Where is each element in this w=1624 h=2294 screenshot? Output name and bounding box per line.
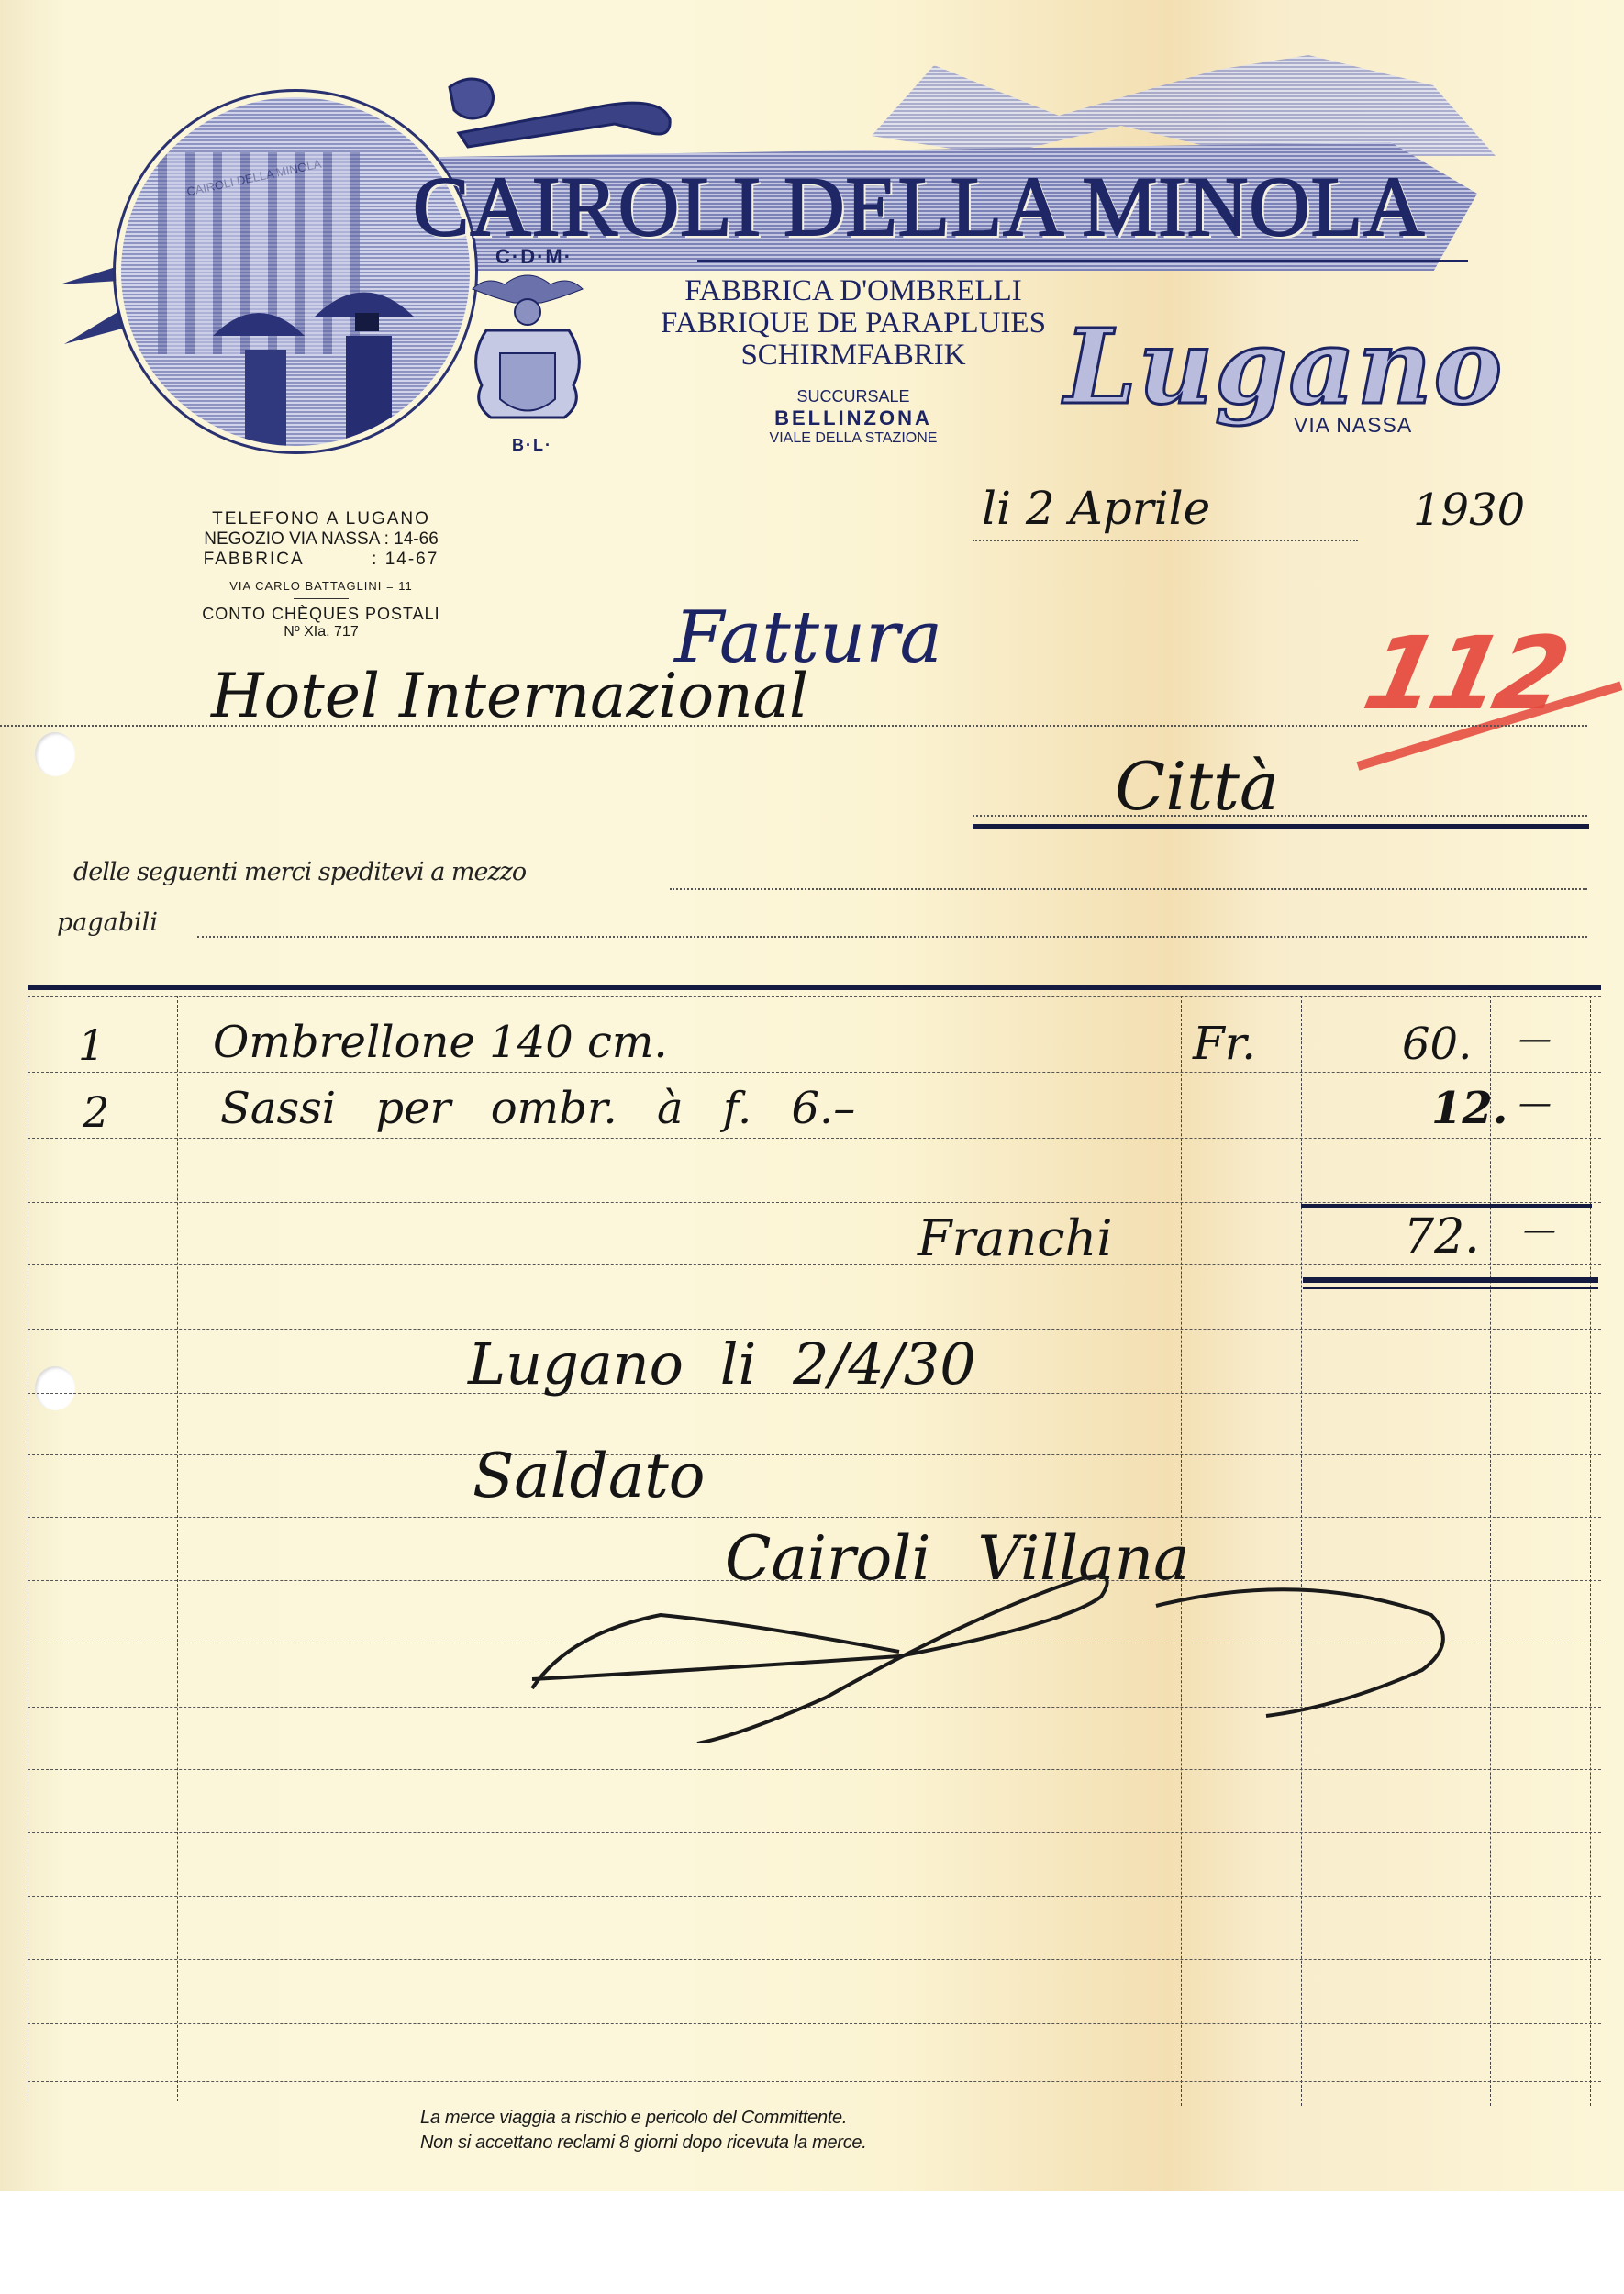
branch-block: SUCCURSALE BELLINZONA VIALE DELLA STAZIO…: [725, 387, 982, 447]
row-line: [28, 1959, 1601, 1960]
crest-initials: B·L·: [512, 436, 552, 455]
street-scene-medallion: CAIROLI DELLA MINOLA: [116, 92, 475, 451]
total-francs: 72.: [1404, 1209, 1480, 1264]
table-top-rule: [28, 985, 1601, 990]
umbrella-figures-icon: [204, 262, 442, 446]
city-address: VIA NASSA: [1294, 413, 1412, 438]
col-left-edge: [28, 996, 28, 2101]
total-cents: —: [1523, 1211, 1556, 1249]
shipping-line: [670, 888, 1587, 890]
row-line: [28, 2081, 1601, 2082]
footer-terms: La merce viaggia a rischio e pericolo de…: [420, 2106, 866, 2155]
company-name: CAIROLI DELLA MINOLA: [413, 158, 1425, 255]
item-description: Ombrellone 140 cm.: [213, 1017, 668, 1068]
branch-city: BELLINZONA: [725, 406, 982, 430]
separator: [294, 598, 349, 599]
factory-label: FABBRICA: [204, 550, 304, 569]
total-double-rule: [1303, 1277, 1598, 1283]
item-francs: 60.: [1402, 1019, 1472, 1070]
punch-hole-bottom: [35, 1366, 75, 1410]
col-francs-divider: [1490, 996, 1491, 2106]
signature-flourish: [514, 1560, 1578, 1743]
footer-line-2: Non si accettano reclami 8 giorni dopo r…: [420, 2131, 866, 2155]
recipient-name: Hotel Internazional: [211, 661, 808, 731]
row-line: [28, 1517, 1601, 1518]
col-currency-divider: [1301, 996, 1302, 2106]
invoice-year: 1930: [1413, 484, 1525, 536]
ribbon-illustration: [872, 55, 1496, 156]
coat-of-arms-icon: [468, 266, 587, 440]
item-cents: —: [1518, 1085, 1552, 1122]
postal-heading: CONTO CHÈQUES POSTALI: [174, 605, 468, 624]
row-line: [28, 1454, 1601, 1455]
row-line: [28, 1832, 1601, 1833]
total-double-rule-thin: [1303, 1287, 1598, 1289]
date-line: [973, 540, 1358, 541]
receipt-note: Saldato: [473, 1441, 706, 1511]
receipt-place-date: Lugano li 2/4/30: [468, 1331, 976, 1398]
row-line: [28, 1202, 1601, 1203]
shop-phone: NEGOZIO VIA NASSA : 14-66: [174, 529, 468, 550]
invoice-date: li 2 Aprile: [982, 482, 1210, 535]
recipient-city: Città: [1115, 748, 1279, 825]
item-francs: 12.: [1431, 1083, 1508, 1134]
city-line: [973, 815, 1587, 817]
row-line: [28, 2023, 1601, 2024]
footer-line-1: La merce viaggia a rischio e pericolo de…: [420, 2106, 866, 2131]
umbrella-handle-icon: [431, 69, 688, 151]
row-line: [28, 1072, 1601, 1073]
recipient-line: [0, 725, 1587, 727]
payable-line: [197, 936, 1587, 938]
branch-label: SUCCURSALE: [725, 387, 982, 406]
branch-address: VIALE DELLA STAZIONE: [725, 430, 982, 447]
invoice-sheet: CAIROLI DELLA MINOLA CAIROLI DELLA MINOL…: [0, 0, 1624, 2191]
col-right-edge: [1590, 996, 1591, 2106]
subtotal-rule: [1301, 1204, 1592, 1208]
factory-number: : 14-67: [372, 550, 439, 569]
shipping-label: delle seguenti merci speditevi a mezzo: [73, 858, 526, 886]
col-qty-divider: [177, 996, 178, 2101]
item-description: Sassi per ombr. à f. 6.–: [220, 1083, 855, 1134]
company-name-underline: [697, 260, 1468, 262]
item-qty: 1: [78, 1020, 105, 1070]
row-line: [28, 1769, 1601, 1770]
total-label: Franchi: [918, 1209, 1113, 1267]
row-line: [28, 1329, 1601, 1330]
tagline-italian: FABBRICA D'OMBRELLI: [633, 275, 1073, 307]
tagline-french: FABRIQUE DE PARAPLUIES: [633, 307, 1073, 340]
postal-number: Nº XIa. 717: [174, 624, 468, 640]
punch-hole-top: [35, 732, 75, 776]
city-underline: [973, 824, 1589, 829]
city-script: Lugano: [1064, 307, 1504, 428]
phone-heading: TELEFONO A LUGANO: [174, 509, 468, 529]
item-cents: —: [1518, 1020, 1552, 1058]
item-qty: 2: [83, 1087, 109, 1137]
table-top-thin: [28, 996, 1601, 997]
payable-label: pagabili: [57, 908, 158, 937]
row-line: [28, 1138, 1601, 1139]
tagline-german: SCHIRMFABRIK: [633, 340, 1073, 372]
row-line: [28, 1896, 1601, 1897]
row-line: [28, 1264, 1601, 1265]
factory-phone: FABBRICA : 14-67: [174, 550, 468, 570]
factory-address: VIA CARLO BATTAGLINI = 11: [174, 579, 468, 593]
contact-block: TELEFONO A LUGANO NEGOZIO VIA NASSA : 14…: [174, 509, 468, 640]
taglines: FABBRICA D'OMBRELLI FABRIQUE DE PARAPLUI…: [633, 275, 1073, 372]
currency-label: Fr.: [1193, 1017, 1256, 1070]
